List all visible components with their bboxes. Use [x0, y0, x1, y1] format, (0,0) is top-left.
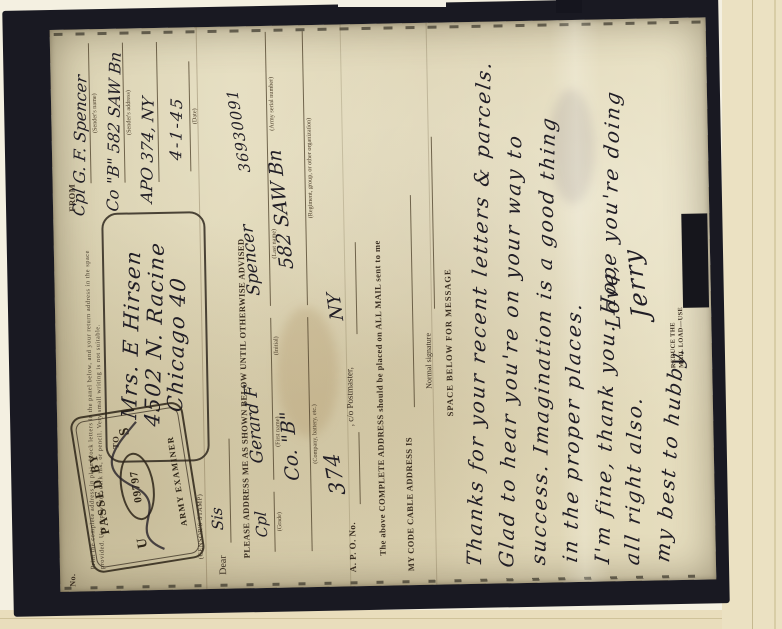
date-sublabel: (Date) — [190, 61, 199, 171]
scan-edge-artifact — [338, 0, 446, 7]
photo-frame: No. Print the complete address in plain … — [2, 0, 730, 617]
message-line: all right also. — [620, 393, 647, 566]
message-line: Thanks for your recent letters & parcels… — [462, 58, 496, 568]
grade-value: Cpl — [251, 511, 271, 538]
from-sender-name: Cpl G. F. Spencer — [69, 74, 90, 218]
complete-address-note: The above COMPLETE ADDRESS should be pla… — [372, 240, 388, 556]
message-line: in the proper places. — [558, 299, 586, 564]
rule-line — [358, 432, 360, 504]
vmail-form: No. Print the complete address in plain … — [50, 17, 717, 591]
to-address-line: Chicago 40 — [163, 240, 191, 414]
serial-number-value: 36930091 — [223, 89, 255, 173]
scan-right-margin — [722, 0, 782, 629]
message-line: Glad to hear you're on your way to — [494, 132, 526, 569]
reduce-mail-load-note: REDUCE THE MAIL LOAD—USE — [669, 307, 685, 368]
from-block: FROM Cpl G. F. Spencer (Sender's name) C… — [60, 34, 63, 212]
reduce-line-1: REDUCE THE — [669, 307, 677, 368]
salutation-handwritten: Sis — [208, 507, 228, 531]
normal-signature-label: Normal signature — [424, 333, 434, 389]
message-line: success. Imagination is a good thing — [526, 114, 560, 566]
from-date: 4-1-45 — [166, 95, 186, 161]
edge-tick-marks — [64, 574, 712, 589]
censor-stamp-caption: (CENSOR'S STAMP) — [197, 494, 205, 560]
message-line: my best to hubby. — [650, 344, 688, 565]
form-number-label: No. — [68, 573, 77, 586]
apo-value: 374 — [319, 452, 351, 495]
paper-crease — [774, 0, 776, 629]
from-sender-address1: Co "B" 582 SAW Bn — [103, 50, 124, 212]
message-header: SPACE BELOW FOR MESSAGE — [442, 268, 455, 416]
sender-address-sublabel: (Sender's address) — [124, 42, 134, 182]
paper-crease — [0, 618, 782, 619]
fold-crease — [426, 23, 438, 585]
initial-label: (Initial) — [272, 318, 280, 374]
rule-line — [355, 242, 358, 334]
from-sender-address2: APO 374, NY — [137, 96, 158, 204]
scan-edge-artifact — [556, 0, 582, 13]
apo-state-value: NY — [323, 293, 348, 320]
vmail-letter-scan: No. Print the complete address in plain … — [0, 0, 782, 629]
salutation-printed: Dear — [218, 555, 229, 575]
vmail-logo-box — [681, 213, 709, 307]
apo-middle: , c/o Postmaster, — [344, 367, 355, 426]
sender-name-sublabel: (Sender's name) — [90, 43, 100, 183]
paper-crease — [752, 0, 753, 629]
rule-line — [410, 195, 415, 407]
rotated-page-wrapper: No. Print the complete address in plain … — [50, 17, 717, 591]
apo-prefix: A. P. O. No. — [347, 522, 358, 573]
grade-label: (Grade) — [276, 492, 284, 552]
reduce-line-2: MAIL LOAD—USE — [677, 307, 685, 368]
rule-line — [229, 439, 232, 543]
cable-address-label: MY CODE CABLE ADDRESS IS — [404, 437, 417, 571]
edge-tick-marks — [54, 21, 702, 36]
